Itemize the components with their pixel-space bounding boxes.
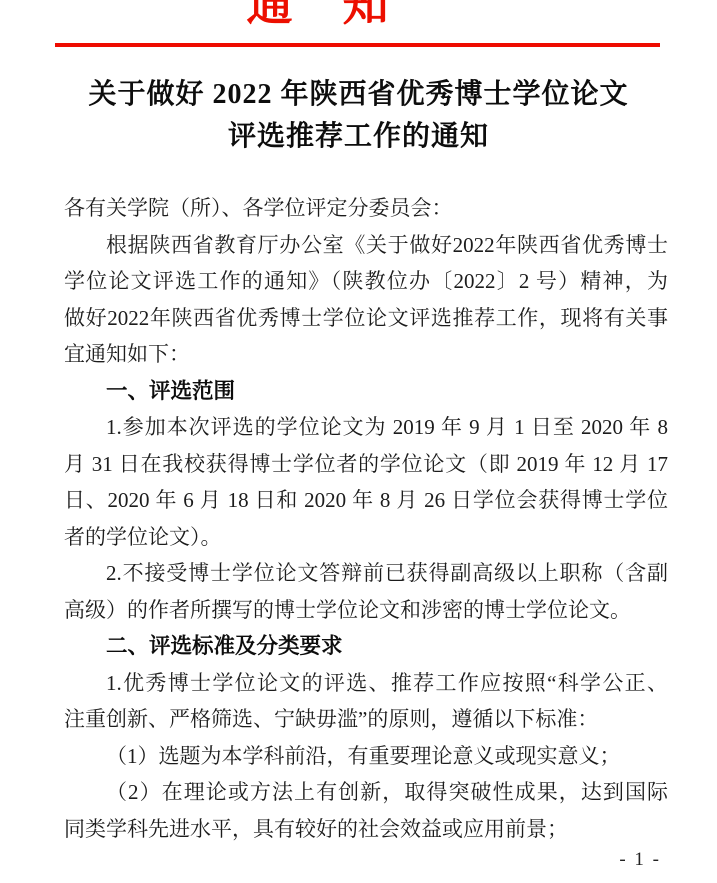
section-heading: 二、评选标准及分类要求 bbox=[64, 628, 668, 665]
body-line: 1.优秀博士学位论文的评选、推荐工作应按照“科学公正、 bbox=[64, 665, 668, 702]
body-line: 同类学科先进水平，具有较好的社会效益或应用前景； bbox=[64, 811, 668, 848]
body-line: 注重创新、严格筛选、宁缺毋滥”的原则，遵循以下标准： bbox=[64, 701, 668, 738]
section-heading: 一、评选范围 bbox=[64, 373, 668, 410]
document-title: 关于做好 2022 年陕西省优秀博士学位论文 评选推荐工作的通知 bbox=[0, 74, 717, 158]
body-line: 日、2020 年 6 月 18 日和 2020 年 8 月 26 日学位会获得博… bbox=[64, 482, 668, 519]
body-line: 高级）的作者所撰写的博士学位论文和涉密的博士学位论文。 bbox=[64, 592, 668, 629]
body-line: 宜通知如下： bbox=[64, 336, 668, 373]
red-divider-rule bbox=[55, 43, 660, 47]
body-line: （1）选题为本学科前沿，有重要理论意义或现实意义； bbox=[64, 738, 668, 775]
body-line: 根据陕西省教育厅办公室《关于做好2022年陕西省优秀博士 bbox=[64, 227, 668, 264]
body-text: 各有关学院（所）、各学位评定分委员会：根据陕西省教育厅办公室《关于做好2022年… bbox=[64, 190, 668, 847]
body-line: 1.参加本次评选的学位论文为 2019 年 9 月 1 日至 2020 年 8 bbox=[64, 409, 668, 446]
notice-stamp-title: 通 知 bbox=[0, 0, 637, 27]
document-title-line2: 评选推荐工作的通知 bbox=[0, 116, 717, 158]
page-number: - 1 - bbox=[619, 849, 661, 871]
document-title-line1: 关于做好 2022 年陕西省优秀博士学位论文 bbox=[0, 74, 717, 116]
body-line: （2）在理论或方法上有创新，取得突破性成果，达到国际 bbox=[64, 774, 668, 811]
body-line: 学位论文评选工作的通知》（陕教位办〔2022〕2 号）精神，为 bbox=[64, 263, 668, 300]
body-line: 月 31 日在我校获得博士学位者的学位论文（即 2019 年 12 月 17 bbox=[64, 446, 668, 483]
document-page: 通 知 关于做好 2022 年陕西省优秀博士学位论文 评选推荐工作的通知 各有关… bbox=[0, 0, 717, 883]
body-line: 2.不接受博士学位论文答辩前已获得副高级以上职称（含副 bbox=[64, 555, 668, 592]
body-line: 各有关学院（所）、各学位评定分委员会： bbox=[64, 190, 668, 227]
body-line: 者的学位论文）。 bbox=[64, 519, 668, 556]
body-line: 做好2022年陕西省优秀博士学位论文评选推荐工作，现将有关事 bbox=[64, 300, 668, 337]
